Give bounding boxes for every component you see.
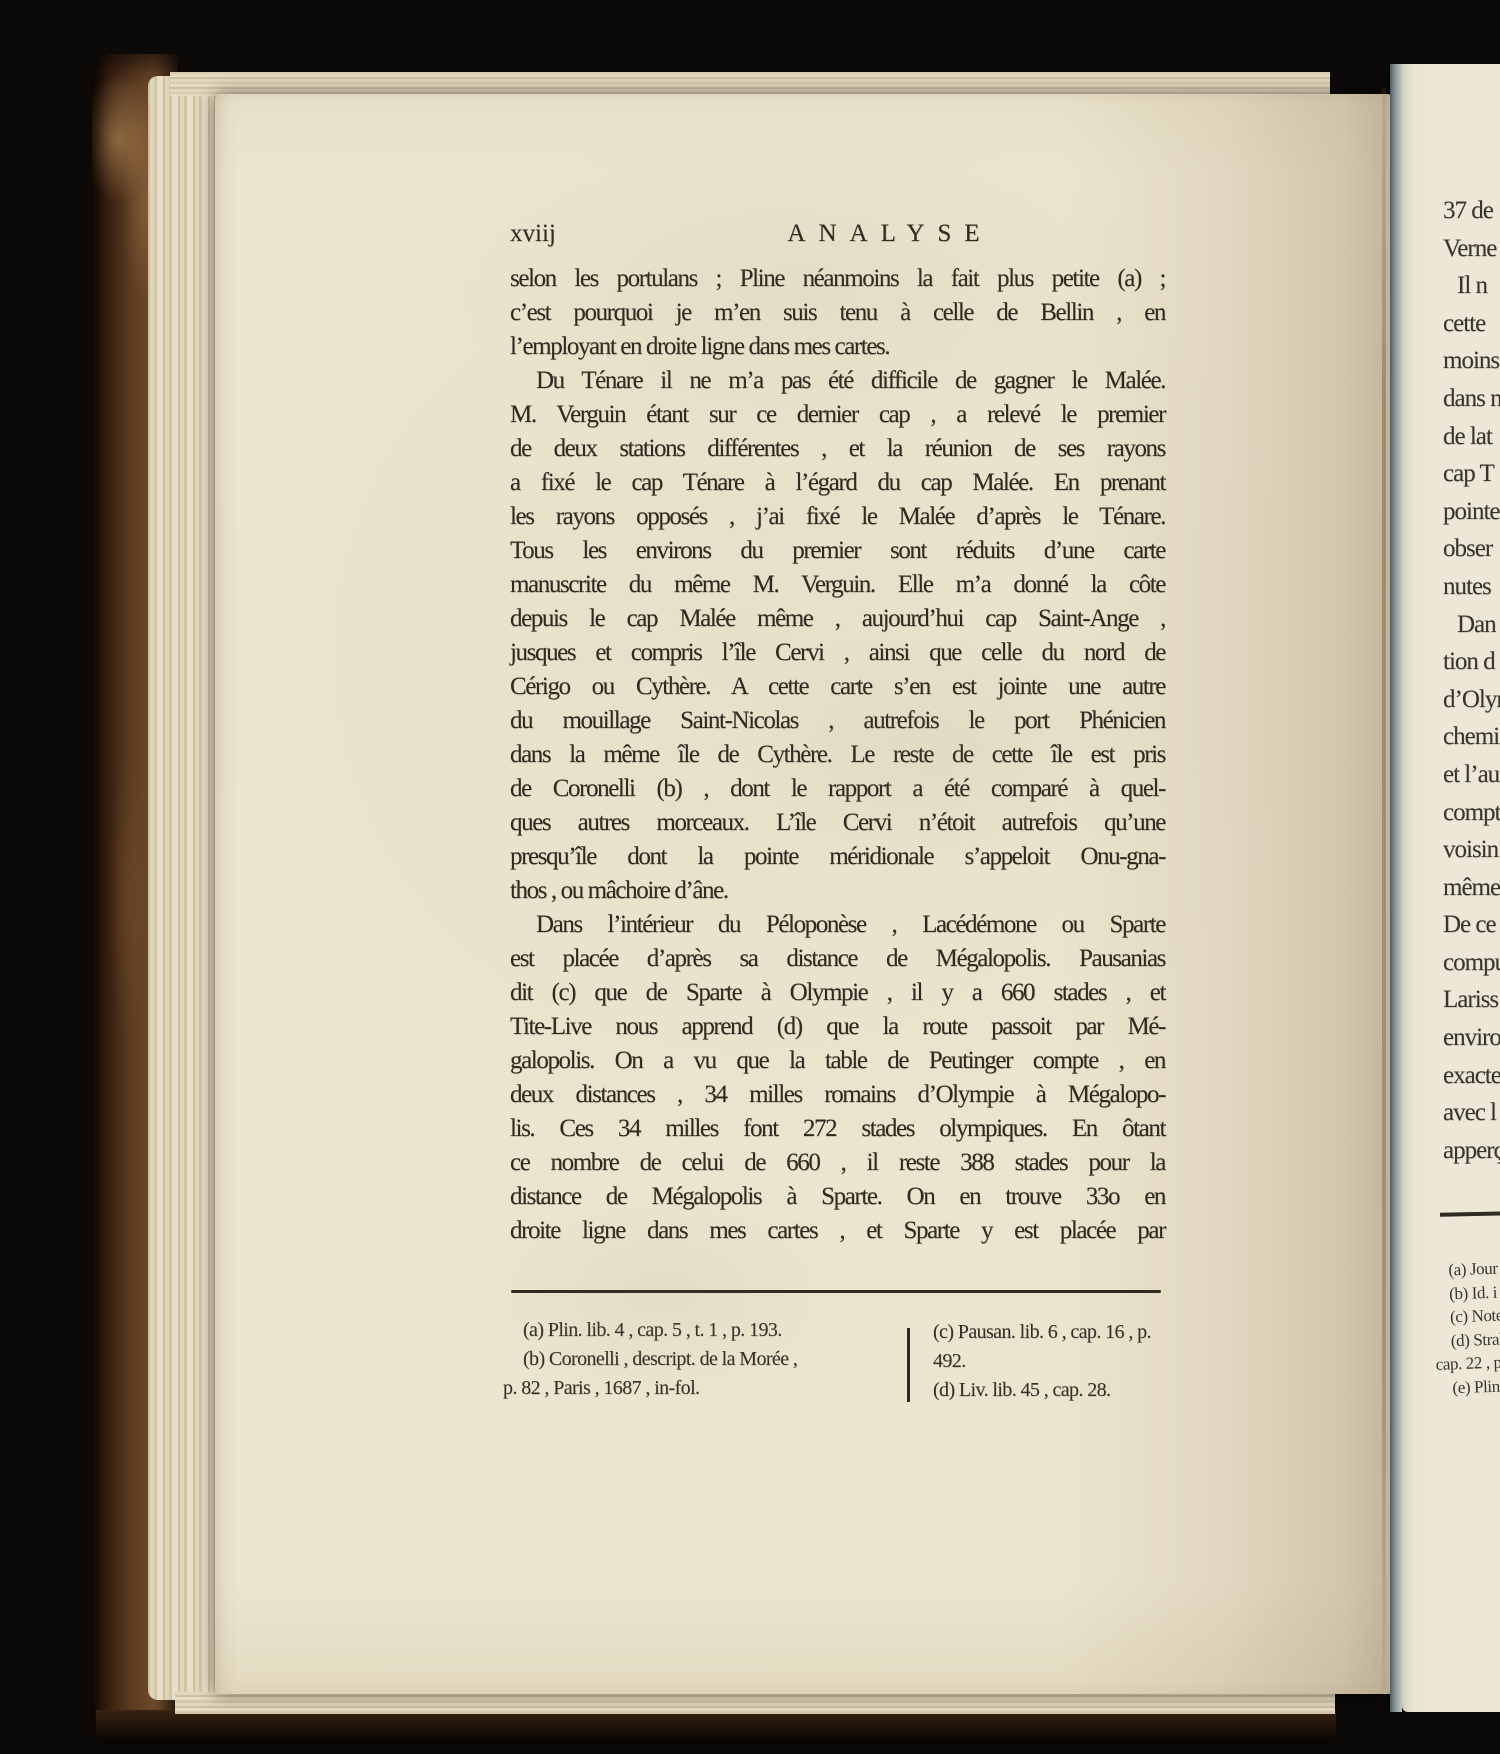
page-stack-left-edges [148, 76, 218, 1700]
right-page-text-line: avec l [1443, 1094, 1500, 1132]
text-line: jusques et compris l’île Cervi , ainsi q… [510, 636, 1165, 670]
right-page-text-line: cap T [1443, 455, 1500, 493]
text-line: a fixé le cap Ténare à l’égard du cap Ma… [510, 466, 1165, 500]
right-page-text-line: De ce [1443, 906, 1500, 944]
text-line: Tous les environs du premier sont réduit… [510, 534, 1165, 568]
text-line: l’employant en droite ligne dans mes car… [510, 330, 1165, 364]
text-line: Cérigo ou Cythère. A cette carte s’en es… [510, 670, 1165, 704]
text-line: est placée d’après sa distance de Mégalo… [510, 942, 1165, 976]
right-page-text-line: d’Olym [1443, 681, 1500, 719]
right-page-text-line: voisin [1443, 831, 1500, 869]
text-line: presqu’île dont la pointe méridionale s’… [510, 840, 1165, 874]
text-line: dans la même île de Cythère. Le reste de… [510, 738, 1165, 772]
text-line: deux distances , 34 milles romains d’Oly… [510, 1078, 1165, 1112]
right-page-text-line: apperç [1443, 1132, 1500, 1170]
text-line: de Coronelli (b) , dont le rapport a été… [510, 772, 1165, 806]
right-page-text-line: compt [1443, 794, 1500, 832]
right-page-text-line: cette [1443, 305, 1500, 343]
text-line: droite ligne dans mes cartes , et Sparte… [510, 1214, 1165, 1248]
right-page-footnote-line: (c) Note [1450, 1304, 1500, 1329]
right-page-footnote-line: (b) Id. i [1449, 1280, 1500, 1305]
left-page: xviij ANALYSE selon les portulans ; Plin… [215, 94, 1390, 1694]
right-page-text-line: chemi [1443, 718, 1500, 756]
right-page-footnotes: (a) Jour(b) Id. i(c) Note(d) Strabcap. 2… [1402, 1257, 1500, 1401]
right-page-text-line: Dan [1457, 606, 1500, 644]
text-line: du mouillage Saint-Nicolas , autrefois l… [510, 704, 1165, 738]
right-page-text-line: même [1443, 869, 1500, 907]
right-page-footnote-line: (a) Jour [1448, 1257, 1500, 1282]
text-line: ques autres morceaux. L’île Cervi n’étoi… [510, 806, 1165, 840]
right-page-text-line: pointe [1443, 493, 1500, 531]
footnote-divider [907, 1328, 910, 1402]
text-line: galopolis. On a vu que la table de Peuti… [510, 1044, 1165, 1078]
right-page-footnote-line: (d) Strab [1450, 1327, 1500, 1352]
page-number: xviij [510, 220, 556, 248]
footnote-line: (b) Coronelli , descript. de la Morée , [503, 1345, 915, 1374]
footnote-line: p. 82 , Paris , 1687 , in-fol. [503, 1374, 915, 1403]
right-page-edge [1390, 64, 1402, 1712]
right-page-text: 37 deVerneIl ncettemoinsdans nde latcap … [1443, 192, 1500, 1169]
right-page-text-line: moins [1443, 342, 1500, 380]
body-text: selon les portulans ; Pline néanmoins la… [510, 262, 1165, 1248]
page-stack-top-edges [170, 72, 1330, 96]
right-page-footnote-line: (e) Plin. [1452, 1374, 1500, 1399]
text-line: de deux stations différentes , et la réu… [510, 432, 1165, 466]
text-line: lis. Ces 34 milles font 272 stades olymp… [510, 1112, 1165, 1146]
page-stack-bottom-edges [175, 1692, 1335, 1714]
right-page-text-line: Il n [1457, 267, 1500, 305]
text-line: manuscrite du même M. Verguin. Elle m’a … [510, 568, 1165, 602]
footnote-line: (c) Pausan. lib. 6 , cap. 16 , p. 492. [933, 1318, 1163, 1376]
right-page-text-line: 37 de [1443, 192, 1500, 230]
text-line: ce nombre de celui de 660 , il reste 388… [510, 1146, 1165, 1180]
book-cover-bottom-edge [96, 1710, 1336, 1744]
right-page-text-line: obser [1443, 530, 1500, 568]
right-page-text-line: exactes [1443, 1057, 1500, 1095]
scan-background: xviij ANALYSE selon les portulans ; Plin… [0, 0, 1500, 1754]
footnote-column-left: (a) Plin. lib. 4 , cap. 5 , t. 1 , p. 19… [503, 1316, 915, 1403]
gutter-fold-crease [1382, 88, 1386, 1690]
text-line: selon les portulans ; Pline néanmoins la… [510, 262, 1165, 296]
text-line: depuis le cap Malée même , aujourd’hui c… [510, 602, 1165, 636]
right-page-text-line: enviro [1443, 1019, 1500, 1057]
right-page-text-line: dans n [1443, 380, 1500, 418]
text-line: Tite-Live nous apprend (d) que la route … [510, 1010, 1165, 1044]
right-page-footnote-rule [1440, 1211, 1500, 1216]
right-page-text-line: Lariss [1443, 981, 1500, 1019]
text-line: Dans l’intérieur du Péloponèse , Lacédém… [510, 908, 1165, 942]
right-page-text-line: Verne [1443, 230, 1500, 268]
right-page-text-line: nutes [1443, 568, 1500, 606]
running-title: ANALYSE [787, 220, 992, 248]
footnote-line: (d) Liv. lib. 45 , cap. 28. [933, 1376, 1163, 1405]
text-line: c’est pourquoi je m’en suis tenu à celle… [510, 296, 1165, 330]
text-line: dit (c) que de Sparte à Olympie , il y a… [510, 976, 1165, 1010]
right-page-text-line: tion d [1443, 643, 1500, 681]
right-page: 37 deVerneIl ncettemoinsdans nde latcap … [1402, 64, 1500, 1712]
text-line: Du Ténare il ne m’a pas été difficile de… [510, 364, 1165, 398]
text-line: thos , ou mâchoire d’âne. [510, 874, 1165, 908]
text-line: distance de Mégalopolis à Sparte. On en … [510, 1180, 1165, 1214]
footnote-rule [511, 1290, 1161, 1293]
right-page-text-line: compu [1443, 944, 1500, 982]
right-page-footnote-line: cap. 22 , p. [1435, 1351, 1500, 1377]
text-line: M. Verguin étant sur ce dernier cap , a … [510, 398, 1165, 432]
text-line: les rayons opposés , j’ai fixé le Malée … [510, 500, 1165, 534]
right-page-text-line: de lat [1443, 418, 1500, 456]
footnote-line: (a) Plin. lib. 4 , cap. 5 , t. 1 , p. 19… [503, 1316, 915, 1345]
right-page-text-line: et l’au [1443, 756, 1500, 794]
footnote-column-right: (c) Pausan. lib. 6 , cap. 16 , p. 492.(d… [933, 1318, 1163, 1405]
